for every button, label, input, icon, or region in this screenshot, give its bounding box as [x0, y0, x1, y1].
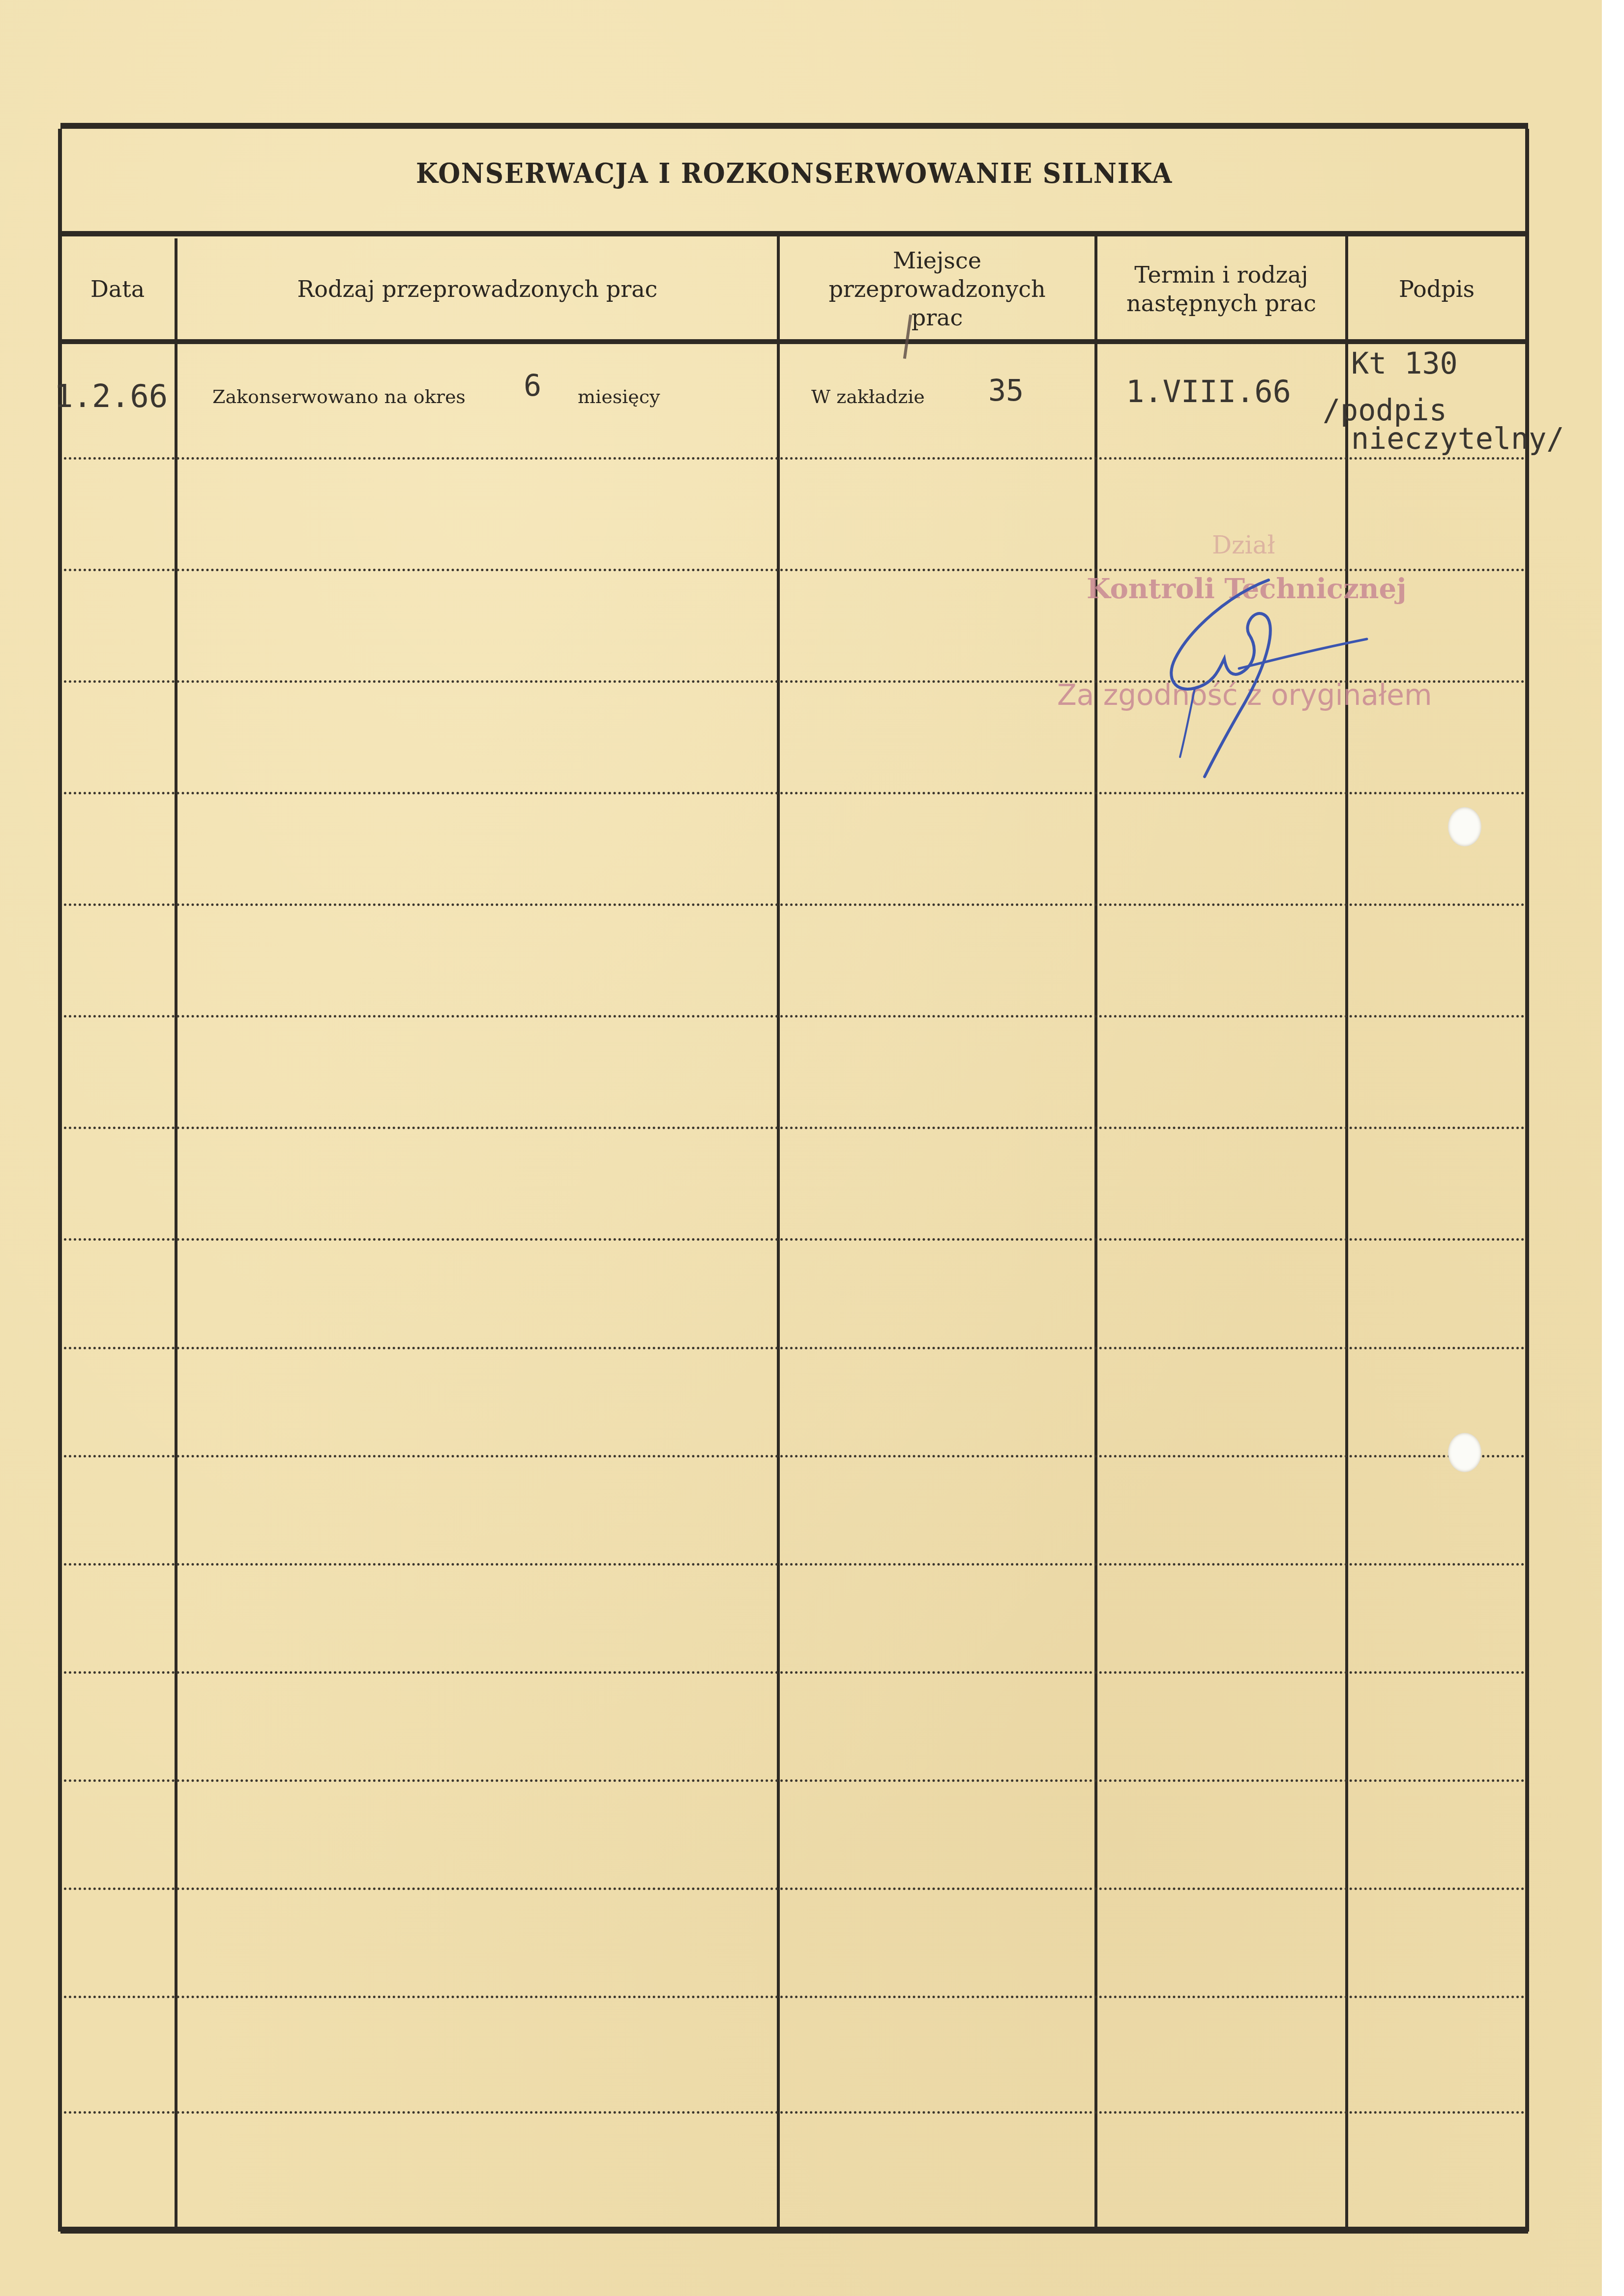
column-header-miejsce: Miejsce przeprowadzonych prac [780, 238, 1094, 339]
row-line [64, 1455, 1525, 1457]
row1-miejsce-prefix: W zakładzie [811, 386, 925, 407]
column-header-data: Data [61, 238, 174, 339]
row1-rodzaj-value: 6 [524, 369, 541, 403]
row-line [64, 1015, 1525, 1017]
row1-rodzaj-prefix: Zakonserwowano na okres [212, 386, 466, 407]
row1-podpis-line3: nieczytelny/ [1351, 422, 1564, 456]
row-line [64, 1888, 1525, 1890]
row-line [64, 792, 1525, 794]
signature-icon [1121, 575, 1377, 782]
header-top-rule [60, 231, 1528, 236]
row1-termin: 1.VIII.66 [1126, 374, 1291, 409]
row-line [64, 903, 1525, 906]
row-line [64, 1996, 1525, 1998]
row-line [64, 1563, 1525, 1566]
bottom-border [60, 2227, 1528, 2234]
column-divider-termin [1345, 233, 1348, 2227]
row1-podpis-line1: Kt 130 [1351, 347, 1458, 381]
row-line [64, 457, 1525, 460]
row-line [64, 1779, 1525, 1782]
page-title: KONSERWACJA I ROZKONSERWOWANIE SILNIKA [119, 157, 1469, 190]
punch-hole-upper [1448, 807, 1481, 846]
column-header-podpis: Podpis [1348, 238, 1525, 339]
row1-date: 1.2.66 [54, 378, 168, 415]
column-header-termin: Termin i rodzaj następnych prac [1097, 238, 1345, 339]
column-divider-rodzaj [777, 233, 780, 2227]
row-line [64, 1127, 1525, 1129]
column-header-rodzaj: Rodzaj przeprowadzonych prac [178, 238, 777, 339]
punch-hole-lower [1448, 1433, 1481, 1472]
header-bottom-rule [60, 339, 1528, 344]
row-line [64, 569, 1525, 571]
column-divider-miejsce [1094, 233, 1097, 2227]
left-border [58, 129, 62, 2232]
column-divider-data [175, 238, 177, 2227]
top-border [60, 123, 1528, 129]
row-line [64, 1238, 1525, 1241]
row1-rodzaj-suffix: miesięcy [578, 386, 660, 407]
row-line [64, 2111, 1525, 2114]
stamp-dzial: Dział [1212, 531, 1275, 559]
document-page: KONSERWACJA I ROZKONSERWOWANIE SILNIKA D… [0, 0, 1602, 2296]
row-line [64, 1671, 1525, 1674]
row1-miejsce-value: 35 [988, 374, 1024, 408]
row-line [64, 1347, 1525, 1349]
